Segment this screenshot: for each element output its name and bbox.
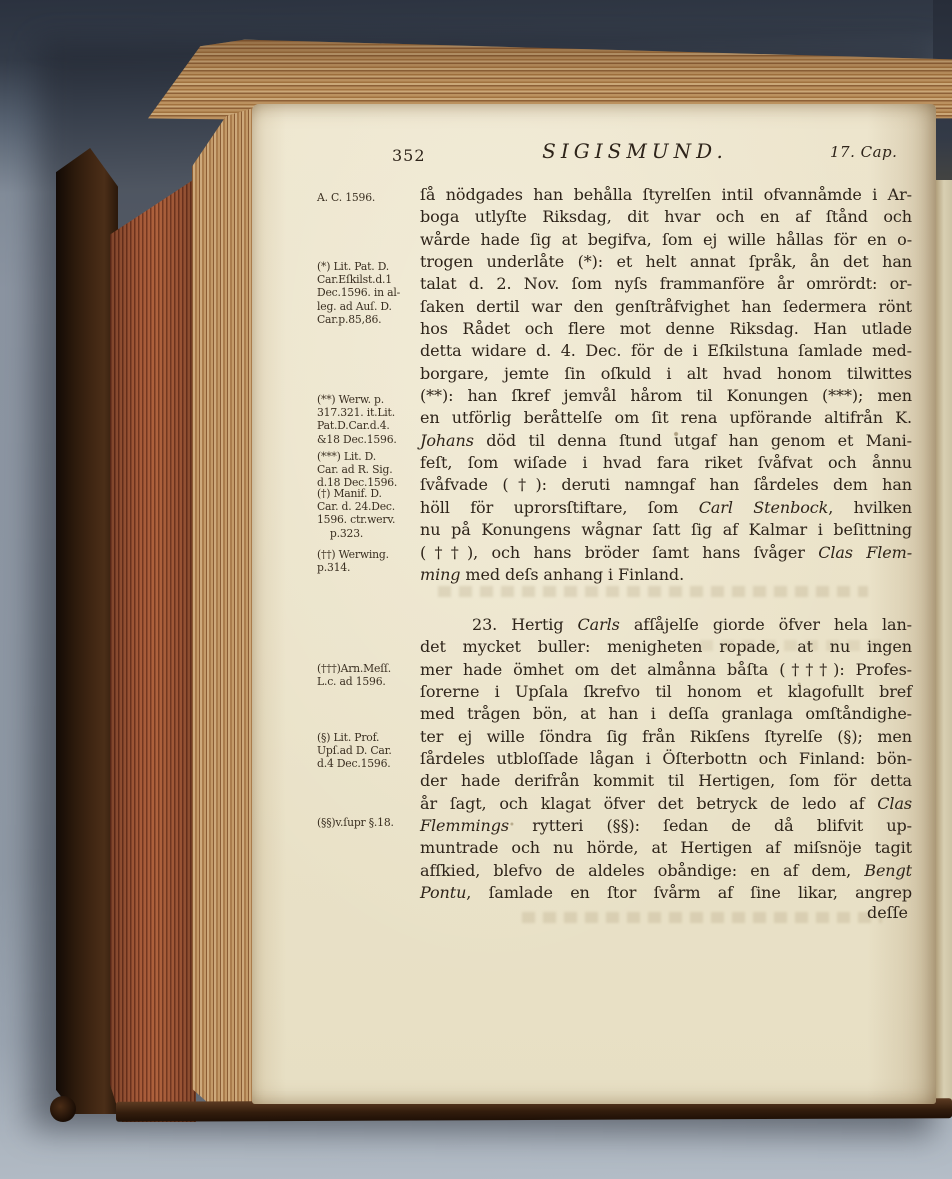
body-line: med trågen bön, at han i deſſa granlaga … — [420, 703, 912, 725]
catchword: deſſe — [420, 903, 908, 922]
body-line: ſå nödgades han behålla ſtyrelſen intil … — [420, 184, 912, 206]
margin-note-2section: (§§)v.ſupr §.18. — [317, 816, 421, 829]
margin-note-year: A. C. 1596. — [317, 191, 421, 204]
body-line: der hade derifrån kommit til Hertigen, ſ… — [420, 770, 912, 792]
body-line: år ſagt, och klagat öfver det betryck de… — [420, 793, 912, 815]
margin-note-3star: (***) Lit. D. Car. ad R. Sig. d.18 Dec.1… — [317, 450, 421, 490]
body-line: det mycket buller: menigheten ropade, at… — [420, 636, 912, 658]
body-line: detta widare d. 4. Dec. för de i Eſkilst… — [420, 340, 912, 362]
body-line: muntrade och nu hörde, at Hertigen af mi… — [420, 837, 912, 859]
body-paragraph-2: 23. Hertig Carls afſåjelſe giorde öfver … — [420, 614, 912, 904]
body-line: ter ej wille ſöndra ſig från Rikſens ſty… — [420, 726, 912, 748]
margin-note-star: (*) Lit. Pat. D. Car.Eſkilst.d.1 Dec.159… — [317, 260, 421, 326]
body-line: trogen underlåte (*): et helt annat ſprå… — [420, 251, 912, 273]
book-photograph: 352 SIGISMUND. 17. Cap. A. C. 1596. (*) … — [0, 0, 952, 1179]
body-line: ſårdeles utbloſſade lågan i Öſterbottn o… — [420, 748, 912, 770]
margin-note-dagger: (†) Manif. D. Car. d. 24.Dec. 1596. ctr.… — [317, 487, 421, 540]
facing-page-edge — [934, 180, 952, 1102]
body-line: Pontu, ſamlade en ſtor ſvårm af ſine lik… — [420, 882, 912, 904]
body-line: afſkied, blefvo de aldeles obåndige: en … — [420, 860, 912, 882]
show-through-text — [438, 586, 868, 597]
chapter-label: 17. Cap. — [830, 143, 897, 161]
body-line: ſvåfvade (†): deruti namngaf han ſårdele… — [420, 474, 912, 496]
body-line: mer hade ömhet om det almånna båſta (†††… — [420, 659, 912, 681]
body-line: borgare, jemte ſin oſkuld i alt hvad hon… — [420, 363, 912, 385]
body-line: Flemmings rytteri (§§): ſedan de då blif… — [420, 815, 912, 837]
page-number: 352 — [392, 146, 426, 165]
body-line: 23. Hertig Carls afſåjelſe giorde öfver … — [420, 614, 912, 636]
body-line: talat d. 2. Nov. ſom nyſs frammanföre år… — [420, 273, 912, 295]
margin-note-2star: (**) Werw. p. 317.321. it.Lit. Pat.D.Car… — [317, 393, 421, 446]
body-line: hos Rådet och flere mot denne Riksdag. H… — [420, 318, 912, 340]
body-line: feſt, ſom wiſade i hvad fara riket ſvåfv… — [420, 452, 912, 474]
page-stack-fore-edge — [192, 106, 260, 1114]
body-line: boga utlyſte Riksdag, dit hvar och en af… — [420, 206, 912, 228]
body-line: ming med deſs anhang i Finland. — [420, 564, 912, 586]
cover-corner — [50, 1096, 76, 1122]
red-stained-fore-edge — [110, 178, 196, 1122]
margin-note-section: (§) Lit. Prof. Upſ.ad D. Car. d.4 Dec.15… — [317, 731, 421, 771]
body-line: nu på Konungens wågnar ſatt ſig af Kalma… — [420, 519, 912, 541]
body-line: ſaken dertil war den genſtråfvighet han … — [420, 296, 912, 318]
body-line: (††), och hans bröder ſamt hans ſvåger C… — [420, 542, 912, 564]
body-line: ſorerne i Upſala ſkrefvo til honom et kl… — [420, 681, 912, 703]
body-line: (**): han ſkref jemvål hårom til Konunge… — [420, 385, 912, 407]
body-line: Johans död til denna ſtund utgaf han gen… — [420, 430, 912, 452]
body-line: höll för uprorsſtiftare, ſom Carl Stenbo… — [420, 497, 912, 519]
margin-note-3dagger: (†††)Arn.Meſſ. L.c. ad 1596. — [317, 662, 421, 688]
running-title: SIGISMUND. — [500, 139, 770, 163]
book-cover-spine — [56, 148, 118, 1114]
body-line: wårde hade ſig at begifva, ſom ej wille … — [420, 229, 912, 251]
body-paragraph-1: ſå nödgades han behålla ſtyrelſen intil … — [420, 184, 912, 586]
margin-note-2dagger: (††) Werwing. p.314. — [317, 548, 421, 574]
body-line: en utförlig beråttelſe om ſit rena upför… — [420, 407, 912, 429]
